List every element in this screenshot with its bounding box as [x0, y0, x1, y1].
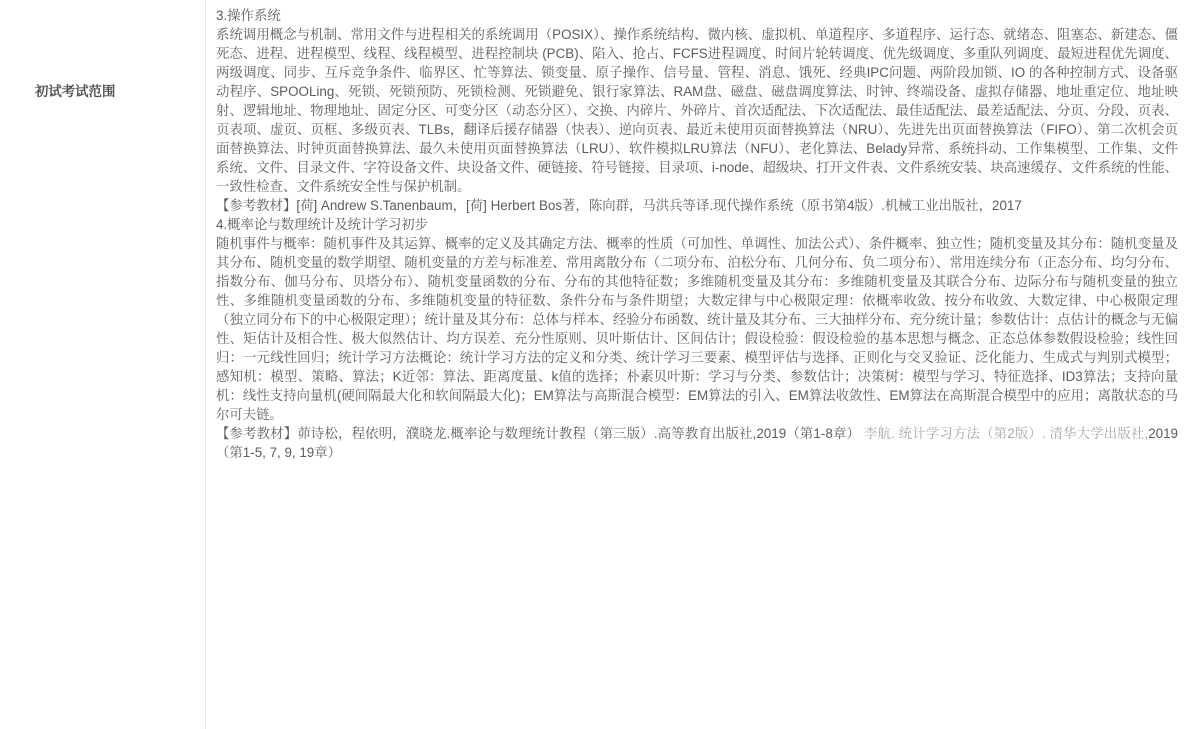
section-os-reference: 【参考教材】[荷] Andrew S.Tanenbaum，[荷] Herbert…	[216, 196, 1178, 215]
section-os-title: 3.操作系统	[216, 6, 1178, 25]
section-prob-reference-faded: 李航. 统计学习方法（第2版）. 清华大学出版社,	[864, 426, 1148, 441]
section-prob-reference-main: 【参考教材】茆诗松，程依明，濮晓龙.概率论与数理统计教程（第三版）.高等教育出版…	[216, 426, 864, 441]
section-prob-body: 随机事件与概率：随机事件及其运算、概率的定义及其确定方法、概率的性质（可加性、单…	[216, 234, 1178, 424]
exam-scope-table-row: 初试考试范围 3.操作系统 系统调用概念与机制、常用文件与进程相关的系统调用（P…	[0, 0, 1188, 729]
section-prob-title: 4.概率论与数理统计及统计学习初步	[216, 215, 1178, 234]
exam-scope-page: 初试考试范围 3.操作系统 系统调用概念与机制、常用文件与进程相关的系统调用（P…	[0, 0, 1188, 729]
section-prob-reference: 【参考教材】茆诗松，程依明，濮晓龙.概率论与数理统计教程（第三版）.高等教育出版…	[216, 424, 1178, 462]
row-content-cell: 3.操作系统 系统调用概念与机制、常用文件与进程相关的系统调用（POSIX）、操…	[206, 0, 1188, 729]
row-label-cell: 初试考试范围	[0, 0, 206, 729]
exam-scope-label: 初试考试范围	[35, 82, 195, 101]
section-os-body: 系统调用概念与机制、常用文件与进程相关的系统调用（POSIX）、操作系统结构、微…	[216, 25, 1178, 196]
